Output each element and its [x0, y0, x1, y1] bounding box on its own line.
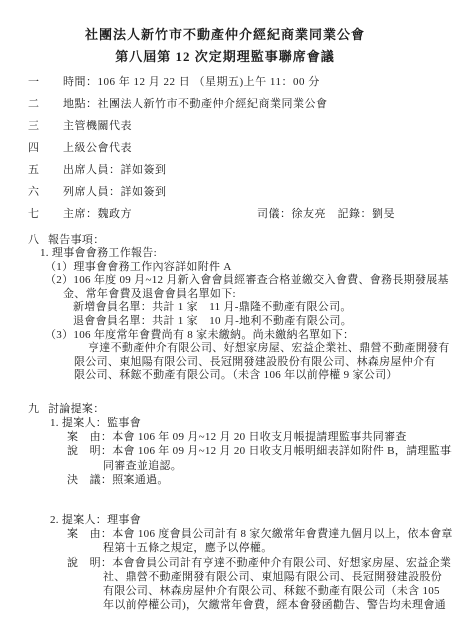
chairman-text: 主席：魏政方: [63, 208, 132, 221]
report-line: 新增會員名單：共計 1 家 11 月-鼎隆不動產有限公司。: [28, 301, 422, 315]
proposal-2: 2. 提案人：理事會 案 由：本會 106 度會員公司計有 8 家欠繳常年會費達…: [28, 513, 422, 612]
proposal-line: 1. 提案人：監事會: [28, 416, 422, 430]
document-page: 社團法人新竹市不動產仲介經紀商業同業公會 第八屆第 12 次定期理監事聯席會議 …: [0, 0, 452, 612]
agenda-item-number: 一: [28, 76, 63, 89]
report-line: 限公司、東旭陽有限公司、長冠開發建設股份有限公司、林森房屋仲介有: [28, 356, 422, 370]
discussion-section-heading: 九 討論提案：: [28, 402, 422, 416]
proposal-line: 案 由：本會 106 度會員公司計有 8 家欠繳常年會費達九個月以上，依本會章: [28, 527, 422, 541]
proposal-line: 程第十五條之規定，應予以停權。: [28, 541, 422, 555]
proposal-line: 社、鼎營不動產開發有限公司、東旭陽有限公司、長冠開發建設股份: [28, 570, 422, 584]
agenda-item-attendees: 五 出席人員：詳如簽到: [28, 164, 422, 177]
agenda-item-parent-association-rep: 四 上級公會代表: [28, 142, 422, 155]
chairman-row: 主席：魏政方 司儀：徐友亮 記錄：劉旻: [63, 208, 422, 221]
report-section-heading: 八 報告事項：: [28, 233, 422, 247]
report-section: 八 報告事項： 1. 理事會會務工作報告: （1）理事會會務工作內容詳如附件 A…: [28, 233, 422, 383]
agenda-item-location: 二 地點：社團法人新竹市不動產仲介經紀商業同業公會: [28, 98, 422, 111]
agenda-item-text: 列席人員：詳如簽到: [63, 186, 167, 199]
agenda-item-number: 四: [28, 142, 63, 155]
proposal-line: 決 議：照案通過。: [28, 473, 422, 487]
proposal-line: 說 明：本會會員公司計有亨達不動產仲介有限公司、好想家房屋、宏益企業: [28, 556, 422, 570]
agenda-item-text: 出席人員：詳如簽到: [63, 164, 167, 177]
agenda-item-number: 五: [28, 164, 63, 177]
proposal-1: 1. 提案人：監事會 案 由：本會 106 年 09 月~12 月 20 日收支…: [28, 416, 422, 487]
proposal-line: 有限公司、林森房屋仲介有限公司、秝鋐不動產有限公司（未含 105: [28, 584, 422, 598]
emcee-recorder-text: 司儀：徐友亮 記錄：劉旻: [257, 208, 395, 221]
agenda-list: 一 時間：106 年 12 月 22 日 （星期五)上午 11：00 分 二 地…: [28, 76, 422, 221]
agenda-item-text: 時間：106 年 12 月 22 日 （星期五)上午 11：00 分: [63, 76, 320, 89]
agenda-item-chairman: 七 主席：魏政方 司儀：徐友亮 記錄：劉旻: [28, 208, 422, 221]
report-line: （1）理事會會務工作內容詳如附件 A: [28, 261, 422, 275]
agenda-item-number: 七: [28, 208, 63, 221]
report-line: （3）106 年度常年會費尚有 8 家未繳納。尚未繳納名單如下：: [28, 329, 422, 343]
proposal-line: 同審查並追認。: [28, 459, 422, 473]
section-number: 八: [28, 233, 48, 247]
report-line: 亨達不動產仲介有限公司、好想家房屋、宏益企業社、鼎營不動產開發有: [28, 342, 422, 356]
section-heading-text: 報告事項：: [48, 233, 105, 247]
agenda-item-text: 地點：社團法人新竹市不動產仲介經紀商業同業公會: [63, 98, 328, 111]
agenda-item-number: 六: [28, 186, 63, 199]
proposal-line: 說 明：本會 106 年 09 月~12 月 20 日收支月帳明細表詳如附件 B…: [28, 444, 422, 458]
meeting-title: 第八屆第 12 次定期理監事聯席會議: [28, 46, 422, 68]
agenda-item-text: 上級公會代表: [63, 142, 132, 155]
agenda-item-time: 一 時間：106 年 12 月 22 日 （星期五)上午 11：00 分: [28, 76, 422, 89]
report-line: （2）106 年度 09 月~12 月新入會會員經審查合格並繳交入會費、會務長期…: [28, 274, 422, 288]
agenda-item-authority-rep: 三 主管機關代表: [28, 120, 422, 133]
report-line: 1. 理事會會務工作報告:: [28, 247, 422, 261]
agenda-item-observers: 六 列席人員：詳如簽到: [28, 186, 422, 199]
agenda-item-number: 三: [28, 120, 63, 133]
proposal-line: 案 由：本會 106 年 09 月~12 月 20 日收支月帳提請理監事共同審查: [28, 430, 422, 444]
section-number: 九: [28, 402, 48, 416]
agenda-item-text: 主管機關代表: [63, 120, 132, 133]
document-title: 社團法人新竹市不動產仲介經紀商業同業公會: [28, 24, 422, 46]
document-header: 社團法人新竹市不動產仲介經紀商業同業公會 第八屆第 12 次定期理監事聯席會議: [28, 24, 422, 68]
report-line: 金、常年會費及退會會員名單如下:: [28, 288, 422, 302]
report-line: 退會會員名單：共計 1 家 10 月-地利不動產有限公司。: [28, 315, 422, 329]
proposal-line: 年以前停權公司)，欠繳常年會費，經本會發函勸告、警告均未理會通: [28, 598, 422, 612]
agenda-item-number: 二: [28, 98, 63, 111]
section-heading-text: 討論提案：: [48, 402, 105, 416]
proposal-line: 2. 提案人：理事會: [28, 513, 422, 527]
report-line: 限公司、秝鋐不動產有限公司。（未含 106 年以前停權 9 家公司）: [28, 369, 422, 383]
discussion-section: 九 討論提案： 1. 提案人：監事會 案 由：本會 106 年 09 月~12 …: [28, 402, 422, 612]
